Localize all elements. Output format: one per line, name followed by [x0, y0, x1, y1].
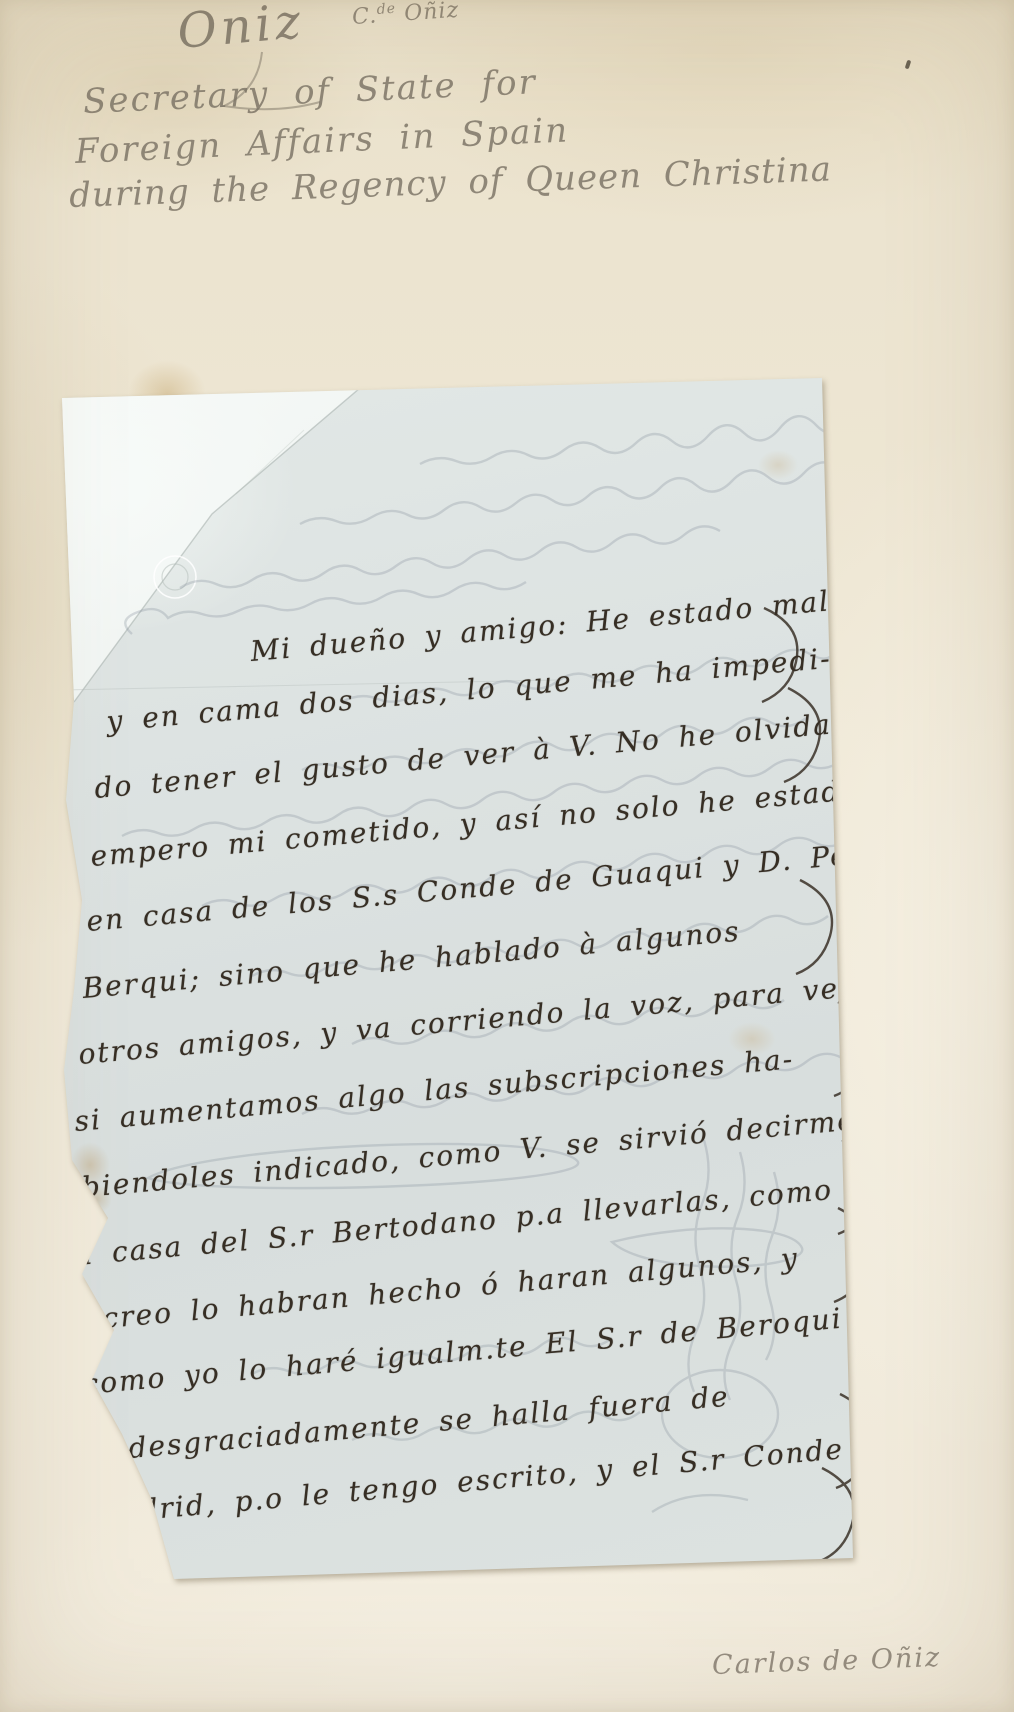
annotation-name-small-rest: Oñiz — [403, 0, 459, 26]
scan-backing-sheet: Oniz C.de Oñiz Secretary of State for Fo… — [0, 0, 1014, 1712]
annotation-signature: Carlos de Oñiz — [712, 1642, 942, 1681]
letter-paper: Mi dueño y amigo: He estado malo y en ca… — [52, 372, 858, 1584]
letter-paper-surface: Mi dueño y amigo: He estado malo y en ca… — [52, 372, 858, 1584]
annotation-name-small-sup: de — [376, 1, 396, 18]
letter-text: Mi dueño y amigo: He estado malo y en ca… — [52, 372, 858, 1584]
annotation-name-small-prefix: C. — [351, 3, 378, 30]
